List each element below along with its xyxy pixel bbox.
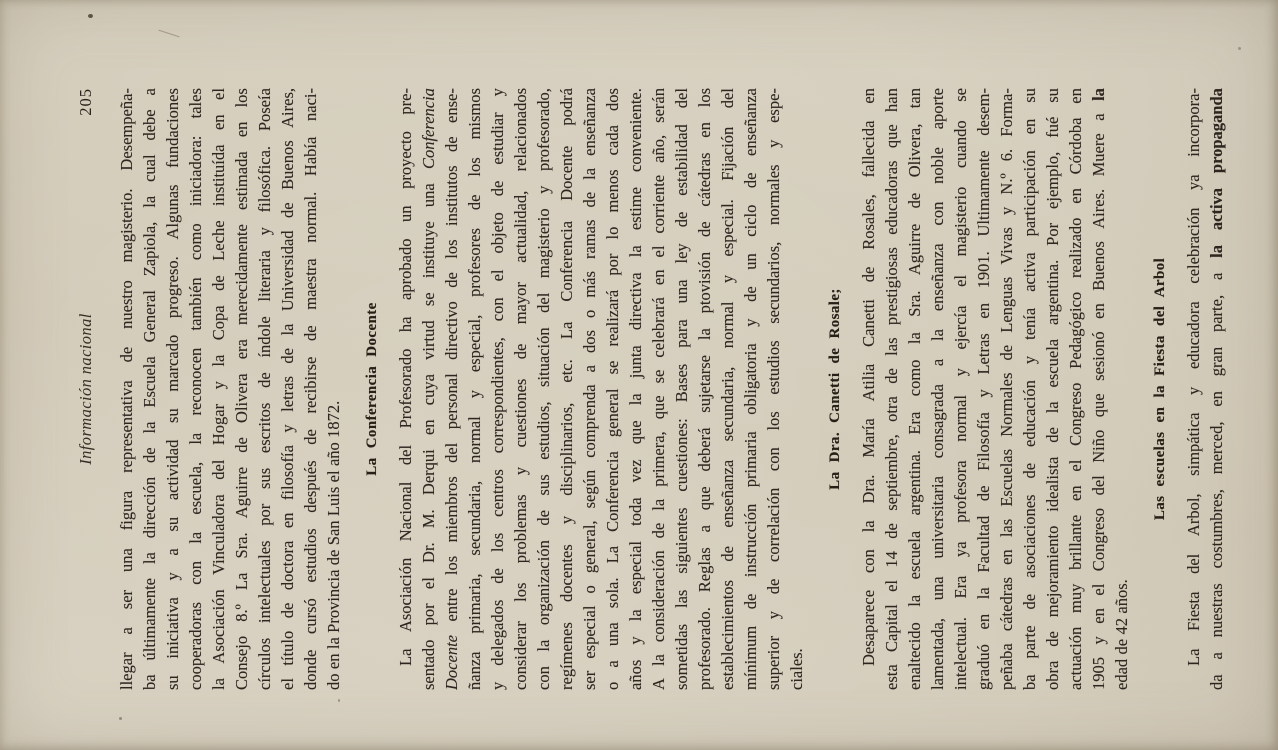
word: 42 xyxy=(1112,618,1132,635)
word: docentes xyxy=(557,544,577,602)
paragraph: LaFiestadelArbol,simpáticayeducadoracele… xyxy=(1184,88,1230,690)
scan-scratch xyxy=(158,30,179,38)
word: pre- xyxy=(396,88,416,115)
paragraph: DesaparececonlaDra.MaríaAtiliaCanettideR… xyxy=(859,88,1135,690)
word: una xyxy=(928,576,948,600)
word: incorpora- xyxy=(1184,88,1204,157)
word: obra xyxy=(1043,661,1063,690)
word: dos xyxy=(580,330,600,353)
word: realizado xyxy=(1066,218,1086,278)
word: Conferencia xyxy=(419,88,439,169)
word: por xyxy=(419,603,439,625)
word: enseñanza xyxy=(928,243,948,311)
word: y xyxy=(534,186,554,194)
ink-speck xyxy=(338,699,340,702)
word: con xyxy=(859,549,879,573)
word: estudiar xyxy=(488,112,508,164)
word: Aires. xyxy=(1089,189,1109,229)
word: de xyxy=(232,437,252,453)
word: llegar xyxy=(117,652,137,690)
word: y xyxy=(163,572,183,580)
word: septiembre, xyxy=(882,434,902,511)
word: y xyxy=(278,424,298,432)
word: especial, xyxy=(465,315,485,372)
word: también xyxy=(186,277,206,330)
word: en xyxy=(1089,303,1109,319)
word: ba xyxy=(140,674,160,690)
word: Vinculadora xyxy=(209,494,229,575)
word: institutos xyxy=(442,165,462,226)
word: Conferencia xyxy=(557,221,577,302)
word: de xyxy=(442,272,462,288)
word: la xyxy=(1089,88,1109,101)
word: magisterio. xyxy=(117,189,137,263)
word: en xyxy=(278,513,298,529)
word: ha xyxy=(396,317,416,333)
word: correlación xyxy=(764,488,784,562)
word: merced, xyxy=(1207,422,1227,475)
word: Fiesta xyxy=(1184,592,1204,631)
word: en xyxy=(649,270,669,286)
word: Reglas xyxy=(695,547,715,592)
word: maestra xyxy=(301,258,321,309)
word: y xyxy=(488,88,508,96)
word: gran xyxy=(1207,347,1227,376)
word: educadora xyxy=(1184,301,1204,369)
text-line: obrademejoramientoidealistadelaescuelaar… xyxy=(1043,88,1066,690)
word: su xyxy=(1043,88,1063,103)
word: se xyxy=(649,370,669,384)
word: secundaria, xyxy=(465,481,485,556)
word: Olivera xyxy=(232,373,252,422)
word: su xyxy=(1020,88,1040,103)
word: M. xyxy=(419,509,439,528)
word: que xyxy=(649,395,669,419)
word: Córdoba xyxy=(1066,118,1086,175)
word: edad xyxy=(1112,659,1132,690)
word: de xyxy=(255,372,275,388)
word: fundaciones xyxy=(163,88,183,168)
word: la xyxy=(626,393,646,405)
word: regímenes xyxy=(557,622,577,690)
word: La xyxy=(232,573,252,590)
word: y xyxy=(1184,387,1204,395)
word: la xyxy=(695,328,715,340)
word: Conferencia xyxy=(603,451,623,532)
word: en xyxy=(209,114,229,130)
word: establecimientos xyxy=(718,580,738,690)
text-line: eltítulodedoctoraenfilosofíayletrasdelaU… xyxy=(278,88,301,690)
word: cada xyxy=(603,125,623,155)
word: Era xyxy=(951,576,971,599)
paragraph: llegaraserunafigurarepresentativadenuest… xyxy=(117,88,347,690)
word: aporte xyxy=(928,88,948,129)
text-line: doenlaProvinciadeSanLuiselaño1872. xyxy=(324,88,347,690)
word: realizará xyxy=(603,290,623,347)
text-line: añosylaespecialtodavezquelajuntadirectiv… xyxy=(626,88,649,690)
word: obligatoria xyxy=(741,343,761,414)
word: año xyxy=(324,442,344,466)
word: la xyxy=(626,245,646,257)
section-heading: La Conferencia Docente xyxy=(362,88,382,690)
word: que xyxy=(626,420,646,444)
text-line: profesorado.Reglasaquedeberásujetarselap… xyxy=(695,88,718,690)
word: y xyxy=(557,516,577,524)
word: disciplinarios, xyxy=(557,403,577,496)
word: de xyxy=(1043,631,1063,647)
word: de xyxy=(905,193,925,209)
text-line: Consejo8.ºLaSra.AguirredeOliveraeramerec… xyxy=(232,88,255,690)
word: actividad xyxy=(163,440,183,500)
word: sesionó xyxy=(1089,331,1109,381)
text-line: intelectual.Erayaprofesoranormalyejercía… xyxy=(951,88,974,690)
word: argentina. xyxy=(905,450,925,515)
word: otra xyxy=(882,396,902,422)
word: prestigiosas xyxy=(882,247,902,325)
word: año, xyxy=(649,135,669,163)
word: cuestiones xyxy=(511,379,531,448)
word: parte xyxy=(1020,625,1040,658)
word: Zapiola, xyxy=(140,222,160,277)
text-line: actuaciónmuybrillanteenelCongresoPedagóg… xyxy=(1066,88,1089,690)
word: Atilia xyxy=(859,364,879,402)
word: primaria xyxy=(741,431,761,487)
word: Leche xyxy=(209,220,229,260)
word: a xyxy=(117,627,137,634)
word: espe- xyxy=(764,88,784,123)
word: consagrada xyxy=(928,384,948,458)
word: de xyxy=(764,579,784,595)
text-line: ciales. xyxy=(787,88,810,690)
word: virtud xyxy=(419,320,439,359)
text-line: serespecialogeneral,segúncomprendaadosom… xyxy=(580,88,603,690)
text-line: lamentada,unauniversitariaconsagradaalae… xyxy=(928,88,951,690)
word: en xyxy=(419,419,439,435)
word: Derqui xyxy=(419,449,439,495)
word: letras xyxy=(278,376,298,412)
word: tan xyxy=(905,88,925,108)
text-line: Docenteentrelosmiembrosdelpersonaldirect… xyxy=(442,88,465,690)
word: menos xyxy=(603,169,623,212)
word: conveniente. xyxy=(626,88,646,172)
word: a xyxy=(580,365,600,372)
word: ser xyxy=(117,590,137,609)
word: Rosales, xyxy=(859,194,879,249)
word: de xyxy=(278,348,298,364)
word: a xyxy=(1207,273,1227,280)
word: la xyxy=(534,640,554,652)
word: activa xyxy=(1207,188,1227,230)
word: personal xyxy=(442,373,462,429)
word: y xyxy=(718,275,738,283)
word: Por xyxy=(1043,223,1063,246)
word: entre xyxy=(442,589,462,622)
word: la xyxy=(1043,401,1063,413)
text-line: mínimumdeinstrucciónprimariaobligatoriay… xyxy=(741,88,764,690)
word: ser xyxy=(580,671,600,690)
word: cuando xyxy=(951,120,971,168)
word: Docente xyxy=(442,635,462,690)
word: siguientes xyxy=(672,508,692,574)
word: propaganda xyxy=(1207,88,1227,173)
word: figura xyxy=(117,491,137,530)
word: 6. xyxy=(997,149,1017,161)
word: delegados xyxy=(488,600,508,666)
word: Profesorado xyxy=(396,349,416,429)
word: el xyxy=(1066,460,1086,472)
word: Capital xyxy=(882,604,902,652)
word: Fijación xyxy=(718,127,738,181)
word: parte, xyxy=(1207,295,1227,332)
word: cátedras xyxy=(997,577,1017,631)
word: intelectuales xyxy=(255,541,275,623)
text-line: oaunasola.LaConferenciageneralserealizar… xyxy=(603,88,626,690)
word: general, xyxy=(580,520,600,573)
word: de xyxy=(1112,639,1132,655)
word: las xyxy=(882,337,902,355)
word: serán xyxy=(649,88,669,123)
word: los xyxy=(695,88,715,107)
word: escuela, xyxy=(186,462,206,515)
word: primera, xyxy=(649,431,669,486)
word: Niño xyxy=(1089,430,1109,463)
word: escuela xyxy=(1043,339,1063,388)
word: Facultad xyxy=(974,516,994,573)
running-header-title: Información nacional xyxy=(76,88,96,690)
word: estudios xyxy=(301,528,321,582)
word: han xyxy=(882,88,902,112)
word: participación xyxy=(1020,150,1040,236)
text-line: estaCapitalel14deseptiembre,otradelaspre… xyxy=(882,88,905,690)
word: profesores xyxy=(465,228,485,297)
word: a xyxy=(928,359,948,366)
word: 1905 xyxy=(1089,657,1109,690)
word: del xyxy=(396,445,416,465)
word: brillante xyxy=(1066,515,1086,570)
text-line: edadde42años. xyxy=(1112,88,1135,690)
word: la xyxy=(186,532,206,544)
word: directivo xyxy=(442,301,462,360)
word: educadoras xyxy=(882,161,902,235)
word: a xyxy=(1207,652,1227,659)
word: Sra. xyxy=(905,291,925,317)
word: el xyxy=(209,88,229,100)
word: de xyxy=(718,546,738,562)
word: y xyxy=(974,389,994,397)
word: se xyxy=(419,292,439,306)
word: especial. xyxy=(718,199,738,256)
word: en xyxy=(974,614,994,630)
word: o xyxy=(603,682,623,690)
word: y xyxy=(1089,636,1109,644)
word: noble xyxy=(928,147,948,184)
word: Arbol, xyxy=(1184,493,1204,536)
word: de xyxy=(278,202,298,218)
word: por xyxy=(603,254,623,276)
word: de xyxy=(882,368,902,384)
word: como xyxy=(186,223,206,260)
word: después xyxy=(301,460,321,512)
word: estabilidad xyxy=(672,124,692,195)
word: centros xyxy=(488,469,508,517)
word: especial xyxy=(580,606,600,659)
word: de xyxy=(1020,594,1040,610)
word: sola. xyxy=(603,578,623,609)
word: Normales xyxy=(997,373,1017,437)
word: secundarios, xyxy=(764,242,784,324)
word: el xyxy=(649,246,669,258)
word: enseñanza xyxy=(741,88,761,156)
word: en xyxy=(1089,608,1109,624)
word: ciales. xyxy=(787,648,807,690)
word: simpática xyxy=(1184,413,1204,476)
word: una xyxy=(672,280,692,304)
word: desem- xyxy=(974,88,994,136)
word: celebración xyxy=(1184,208,1204,284)
word: un xyxy=(396,205,416,222)
text-line: llegaraserunafigurarepresentativadenuest… xyxy=(117,88,140,690)
word: la xyxy=(905,332,925,344)
word: costumbres, xyxy=(1207,489,1227,568)
word: la xyxy=(649,499,669,511)
word: Letras xyxy=(974,333,994,374)
word: aprobado xyxy=(396,239,416,300)
word: o xyxy=(580,585,600,593)
text-line: ydelegadosdeloscentroscorrespondientes,c… xyxy=(488,88,511,690)
text-line: establecimientosdeenseñanzasecundaria,no… xyxy=(718,88,741,690)
word: a xyxy=(163,548,183,555)
word: argentina. xyxy=(1043,260,1063,325)
word: filosófica. xyxy=(255,146,275,212)
word: Asociación xyxy=(209,589,229,663)
text-line: considerarlosproblemasycuestionesdemayor… xyxy=(511,88,534,690)
word: en xyxy=(1066,485,1086,501)
text-line: regímenesdocentesydisciplinarios,etc.LaC… xyxy=(557,88,580,690)
word: Copa xyxy=(209,305,229,340)
word: magisterio xyxy=(534,208,554,278)
word: y xyxy=(1020,356,1040,364)
word: instituída xyxy=(209,145,229,206)
word: años. xyxy=(1112,579,1132,613)
word: de xyxy=(741,594,761,610)
word: la xyxy=(140,196,160,208)
word: profesorado, xyxy=(534,88,554,171)
word: de xyxy=(117,347,137,363)
word: dos xyxy=(603,88,623,111)
word: Provincia xyxy=(324,570,344,633)
word: índole xyxy=(255,316,275,357)
ink-speck xyxy=(88,14,93,18)
word: vez xyxy=(626,459,646,482)
word: de xyxy=(741,173,761,189)
word: mínimum xyxy=(741,626,761,690)
word: la xyxy=(324,637,344,649)
word: ñanza xyxy=(465,652,485,690)
word: N.º xyxy=(997,173,1017,194)
word: y xyxy=(488,682,508,690)
text-line: enaltecidolaescuelaargentina.EracomolaSr… xyxy=(905,88,928,690)
word: con xyxy=(488,297,508,321)
word: el xyxy=(1089,584,1109,596)
text-line: laAsociaciónVinculadoradelHogarylaCopade… xyxy=(209,88,232,690)
word: o xyxy=(580,310,600,318)
word: sus xyxy=(534,474,554,495)
word: su xyxy=(163,517,183,532)
word: el xyxy=(419,577,439,589)
word: una xyxy=(603,622,623,646)
text-line: baúltimamenteladireccióndelaEscuelaGener… xyxy=(140,88,163,690)
section-heading: La Dra. Canetti de Rosale; xyxy=(825,88,845,690)
word: podrá xyxy=(557,88,577,126)
word: del xyxy=(442,443,462,463)
word: años xyxy=(626,660,646,690)
word: correspondientes, xyxy=(488,337,508,453)
word: sentado xyxy=(419,640,439,690)
word: Buenos xyxy=(278,140,298,190)
word: La xyxy=(557,322,577,339)
text-line: LaFiestadelArbol,simpáticayeducadoracele… xyxy=(1184,88,1207,690)
word: del xyxy=(1089,475,1109,495)
word: en xyxy=(974,303,994,319)
word: el xyxy=(278,678,298,690)
word: activa xyxy=(1020,252,1040,291)
text-line: círculosintelectualesporsusescritosdeínd… xyxy=(255,88,278,690)
word: actuación xyxy=(1066,627,1086,690)
word: y xyxy=(764,140,784,148)
word: do xyxy=(324,674,344,691)
word: sometidas xyxy=(672,624,692,690)
word: intelectual. xyxy=(951,617,971,690)
word: la xyxy=(186,433,206,445)
word: deberá xyxy=(695,428,715,472)
word: nuestras xyxy=(1207,583,1227,637)
word: La xyxy=(1184,649,1204,666)
text-line: sentadoporelDr.M.Derquiencuyavirtudseins… xyxy=(419,88,442,690)
word: universitaria xyxy=(928,476,948,558)
word: en xyxy=(1207,391,1227,407)
word: su xyxy=(163,675,183,690)
word: los xyxy=(442,556,462,575)
word: nuestro xyxy=(117,280,137,329)
word: directiva xyxy=(626,272,646,330)
word: peñaba xyxy=(997,643,1017,690)
word: Aguirre xyxy=(905,224,925,275)
word: representativa xyxy=(117,380,137,473)
word: miembros xyxy=(442,476,462,542)
word: la xyxy=(140,552,160,564)
word: los xyxy=(511,583,531,602)
word: de xyxy=(974,486,994,502)
word: de xyxy=(140,447,160,463)
text-block: llegaraserunafigurarepresentativadenuest… xyxy=(117,88,1230,690)
word: una xyxy=(419,183,439,207)
word: de xyxy=(580,192,600,208)
word: y xyxy=(741,318,761,326)
word: en xyxy=(232,122,252,138)
ink-speck xyxy=(1238,47,1241,50)
word: reconocen xyxy=(186,348,206,416)
word: normal. xyxy=(301,192,321,243)
word: cursó xyxy=(301,598,321,634)
word: los xyxy=(488,533,508,552)
text-line: graduóenlaFacultaddeFilosofíayLetrasen19… xyxy=(974,88,997,690)
word: de xyxy=(1043,427,1063,443)
word: Congreso xyxy=(1089,508,1109,571)
word: instituye xyxy=(419,221,439,278)
word: enseñanza xyxy=(718,460,738,528)
word: recibirse xyxy=(301,357,321,414)
word: doctora xyxy=(278,541,298,590)
